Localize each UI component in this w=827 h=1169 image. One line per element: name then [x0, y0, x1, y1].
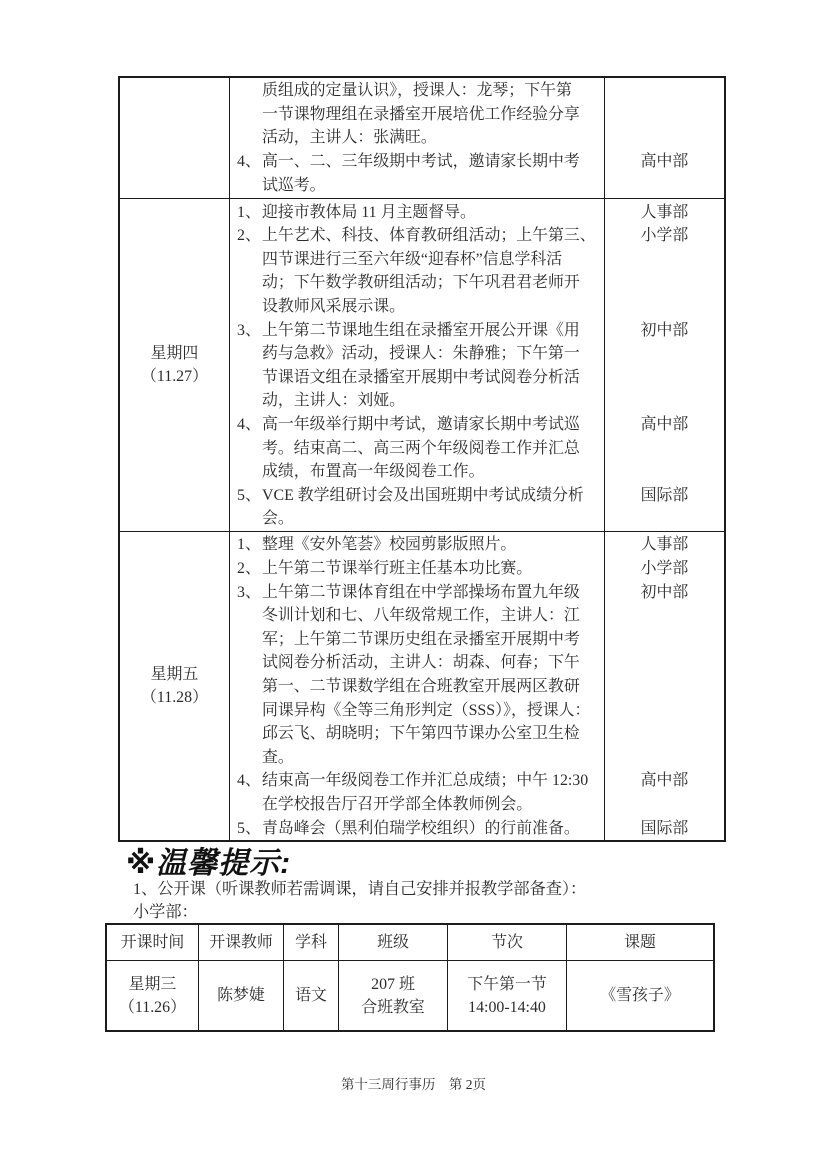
activity-text: 节课语文组在录播室开展期中考试阅卷分析活: [262, 369, 580, 386]
schedule-table: 质组成的定量认识》，授课人：龙琴；下午第一节课物理组在录播室开展培优工作经验分享…: [118, 76, 726, 842]
document-page: 质组成的定量认识》，授课人：龙琴；下午第一节课物理组在录播室开展培优工作经验分享…: [0, 0, 827, 1169]
activity-line: 2、上午艺术、科技、体育教研组活动；上午第三、: [237, 224, 600, 248]
activity-text: 第一、二节课数学组在合班教室开展两区教研: [262, 678, 580, 695]
departments-cell: 高中部: [605, 78, 724, 198]
schedule-row: 星期五（11.28）1、整理《安外笔荟》校园剪影版照片。2、上午第二节课举行班主…: [120, 531, 724, 840]
open-class-cell: 下午第一节14:00-14:40: [447, 961, 566, 1030]
activity-line: 冬训计划和七、八年级常规工作，主讲人：江: [237, 604, 600, 628]
item-number: 4、: [237, 150, 262, 174]
activity-line: 5、青岛峰会（黑利伯瑞学校组织）的行前准备。: [237, 817, 600, 841]
item-number: 2、: [237, 224, 262, 248]
open-class-cell: 星期三（11.26）: [107, 961, 198, 1030]
activity-line: 试巡考。: [237, 174, 600, 198]
open-class-cell-line: 星期三: [129, 973, 177, 996]
activity-line: 2、上午第二节课举行班主任基本功比赛。: [237, 557, 600, 581]
activity-text: 上午第二节课地生组在录播室开展公开课《用: [262, 322, 580, 339]
department-label: 初中部: [605, 581, 724, 605]
activity-text: 高一年级举行期中考试，邀请家长期中考试巡: [262, 416, 580, 433]
activities-cell: 质组成的定量认识》，授课人：龙琴；下午第一节课物理组在录播室开展培优工作经验分享…: [230, 78, 605, 198]
schedule-row: 质组成的定量认识》，授课人：龙琴；下午第一节课物理组在录播室开展培优工作经验分享…: [120, 78, 724, 198]
activity-line: 活动，主讲人：张满旺。: [237, 126, 600, 150]
activity-line: 会。: [237, 507, 600, 531]
open-class-cell-line: 合班教室: [361, 996, 425, 1019]
day-label: （11.28）: [141, 686, 208, 710]
activity-line: 1、迎接市教体局 11 月主题督导。: [237, 201, 600, 225]
open-class-header-label: 节次: [491, 931, 523, 954]
day-label: （11.27）: [141, 365, 208, 389]
activity-text: 上午第二节课体育组在中学部操场布置九年级: [262, 584, 580, 601]
activity-text: 考。结束高二、高三两个年级阅卷工作并汇总: [262, 440, 580, 457]
tips-primary-section-label: 小学部：: [133, 902, 198, 922]
activity-line: 设教师风采展示课。: [237, 295, 600, 319]
open-class-header-cell: 开课教师: [198, 925, 283, 960]
activity-text: 整理《安外笔荟》校园剪影版照片。: [262, 536, 516, 553]
activity-text: 药与急救》活动，授课人：朱静雅；下午第一: [262, 345, 580, 362]
activity-text: VCE 教学组研讨会及出国班期中考试成绩分析: [262, 487, 584, 504]
department-label: 初中部: [605, 319, 724, 343]
activity-text: 邱云飞、胡晓明；下午第四节课办公室卫生检: [262, 725, 580, 742]
open-class-header-label: 开课时间: [121, 931, 185, 954]
activity-line: 药与急救》活动，授课人：朱静雅；下午第一: [237, 342, 600, 366]
item-number: 1、: [237, 201, 262, 225]
day-label: 星期四: [151, 342, 199, 366]
activity-line: 四节课进行三至六年级“迎春杯”信息学科活: [237, 248, 600, 272]
item-number: 1、: [237, 533, 262, 557]
departments-cell: 人事部小学部初中部高中部国际部: [605, 199, 724, 531]
department-label: 小学部: [605, 557, 724, 581]
activity-line: 3、上午第二节课体育组在中学部操场布置九年级: [237, 581, 600, 605]
department-label: 国际部: [605, 484, 724, 508]
open-class-cell-line: 语文: [295, 984, 327, 1007]
page-footer: 第十三周行事历 第 2页: [0, 1073, 827, 1093]
activity-line: 3、上午第二节课地生组在录播室开展公开课《用: [237, 319, 600, 343]
activity-text: 会。: [262, 510, 294, 527]
open-class-cell: 207 班合班教室: [338, 961, 447, 1030]
activity-line: 动，主讲人：刘娅。: [237, 389, 600, 413]
activity-text: 四节课进行三至六年级“迎春杯”信息学科活: [262, 251, 562, 268]
open-class-cell: 《雪孩子》: [566, 961, 713, 1030]
activity-text: 动，主讲人：刘娅。: [262, 392, 405, 409]
tips-title: ※温馨提示:: [126, 838, 291, 882]
activity-text: 一节课物理组在录播室开展培优工作经验分享: [262, 106, 580, 123]
open-class-cell-line: 207 班: [371, 973, 415, 996]
departments-cell: 人事部小学部初中部高中部国际部: [605, 532, 724, 840]
department-label: 高中部: [605, 413, 724, 437]
activities-cell: 1、迎接市教体局 11 月主题督导。2、上午艺术、科技、体育教研组活动；上午第三…: [230, 199, 605, 531]
day-cell: 星期四（11.27）: [120, 199, 230, 531]
open-class-cell-line: 《雪孩子》: [600, 984, 679, 1007]
department-label: 人事部: [605, 533, 724, 557]
activity-line: 邱云飞、胡晓明；下午第四节课办公室卫生检: [237, 722, 600, 746]
activity-line: 4、高一年级举行期中考试，邀请家长期中考试巡: [237, 413, 600, 437]
activity-text: 查。: [262, 749, 294, 766]
item-number: 3、: [237, 319, 262, 343]
activity-text: 设教师风采展示课。: [262, 298, 405, 315]
open-class-header-label: 班级: [377, 931, 409, 954]
activity-text: 试巡考。: [262, 177, 326, 194]
item-number: 4、: [237, 413, 262, 437]
activity-text: 在学校报告厅召开学部全体教师例会。: [262, 796, 532, 813]
activity-line: 5、VCE 教学组研讨会及出国班期中考试成绩分析: [237, 484, 600, 508]
activity-line: 4、结束高一年级阅卷工作并汇总成绩；中午 12:30: [237, 769, 600, 793]
activity-line: 成绩，布置高一年级阅卷工作。: [237, 460, 600, 484]
activity-text: 上午艺术、科技、体育教研组活动；上午第三、: [262, 227, 596, 244]
activity-text: 试阅卷分析活动，主讲人：胡森、何春；下午: [262, 654, 580, 671]
open-class-header-cell: 班级: [338, 925, 447, 960]
activity-text: 成绩，布置高一年级阅卷工作。: [262, 463, 484, 480]
department-label: 小学部: [605, 224, 724, 248]
activity-text: 青岛峰会（黑利伯瑞学校组织）的行前准备。: [262, 820, 580, 837]
open-class-cell-line: 14:00-14:40: [468, 996, 546, 1019]
activity-text: 结束高一年级阅卷工作并汇总成绩；中午 12:30: [262, 772, 588, 789]
open-class-cell-line: 下午第一节: [467, 973, 546, 996]
department-label: 高中部: [605, 150, 724, 174]
department-label: 人事部: [605, 201, 724, 225]
activity-line: 在学校报告厅召开学部全体教师例会。: [237, 793, 600, 817]
open-class-table: 开课时间开课教师学科班级节次课题星期三（11.26）陈梦婕语文207 班合班教室…: [105, 923, 715, 1032]
activity-line: 试阅卷分析活动，主讲人：胡森、何春；下午: [237, 651, 600, 675]
activity-line: 军；上午第二节课历史组在录播室开展期中考: [237, 628, 600, 652]
activity-text: 动；下午数学教研组活动；下午巩君君老师开: [262, 274, 580, 291]
tips-open-class-note: 1、公开课（听课教师若需调课，请自己安排并报教学部备查）：: [133, 879, 586, 899]
open-class-header-cell: 课题: [566, 925, 713, 960]
activity-line: 第一、二节课数学组在合班教室开展两区教研: [237, 675, 600, 699]
item-number: 5、: [237, 484, 262, 508]
activity-text: 军；上午第二节课历史组在录播室开展期中考: [262, 631, 580, 648]
schedule-row: 星期四（11.27）1、迎接市教体局 11 月主题督导。2、上午艺术、科技、体育…: [120, 198, 724, 531]
activity-line: 查。: [237, 746, 600, 770]
activity-line: 一节课物理组在录播室开展培优工作经验分享: [237, 103, 600, 127]
department-label: 国际部: [605, 817, 724, 841]
activity-text: 迎接市教体局 11 月主题督导。: [262, 204, 476, 221]
day-label: 星期五: [151, 663, 199, 687]
activity-line: 动；下午数学教研组活动；下午巩君君老师开: [237, 271, 600, 295]
activity-line: 节课语文组在录播室开展期中考试阅卷分析活: [237, 366, 600, 390]
open-class-cell: 语文: [283, 961, 338, 1030]
activity-line: 考。结束高二、高三两个年级阅卷工作并汇总: [237, 437, 600, 461]
activity-line: 4、高一、二、三年级期中考试，邀请家长期中考: [237, 150, 600, 174]
activity-line: 同课异构《全等三角形判定（SSS）》，授课人：: [237, 699, 600, 723]
open-class-cell-line: 陈梦婕: [217, 984, 265, 1007]
department-label: 高中部: [605, 769, 724, 793]
day-cell: 星期五（11.28）: [120, 532, 230, 840]
open-class-data-row: 星期三（11.26）陈梦婕语文207 班合班教室下午第一节14:00-14:40…: [107, 960, 713, 1030]
activity-text: 同课异构《全等三角形判定（SSS）》，授课人：: [262, 702, 590, 719]
activity-text: 高一、二、三年级期中考试，邀请家长期中考: [262, 153, 580, 170]
activity-text: 上午第二节课举行班主任基本功比赛。: [262, 560, 532, 577]
open-class-header-row: 开课时间开课教师学科班级节次课题: [107, 925, 713, 960]
open-class-header-cell: 节次: [447, 925, 566, 960]
open-class-header-cell: 开课时间: [107, 925, 198, 960]
open-class-header-label: 学科: [295, 931, 327, 954]
open-class-header-cell: 学科: [283, 925, 338, 960]
open-class-cell: 陈梦婕: [198, 961, 283, 1030]
open-class-header-label: 课题: [624, 931, 656, 954]
open-class-cell-line: （11.26）: [119, 996, 186, 1019]
item-number: 4、: [237, 769, 262, 793]
activities-cell: 1、整理《安外笔荟》校园剪影版照片。2、上午第二节课举行班主任基本功比赛。3、上…: [230, 532, 605, 840]
item-number: 2、: [237, 557, 262, 581]
activity-text: 冬训计划和七、八年级常规工作，主讲人：江: [262, 607, 580, 624]
open-class-header-label: 开课教师: [209, 931, 273, 954]
item-number: 3、: [237, 581, 262, 605]
day-cell: [120, 78, 230, 198]
activity-text: 质组成的定量认识》，授课人：龙琴；下午第: [262, 82, 572, 99]
item-number: 5、: [237, 817, 262, 841]
activity-line: 质组成的定量认识》，授课人：龙琴；下午第: [237, 79, 600, 103]
activity-text: 活动，主讲人：张满旺。: [262, 129, 437, 146]
activity-line: 1、整理《安外笔荟》校园剪影版照片。: [237, 533, 600, 557]
